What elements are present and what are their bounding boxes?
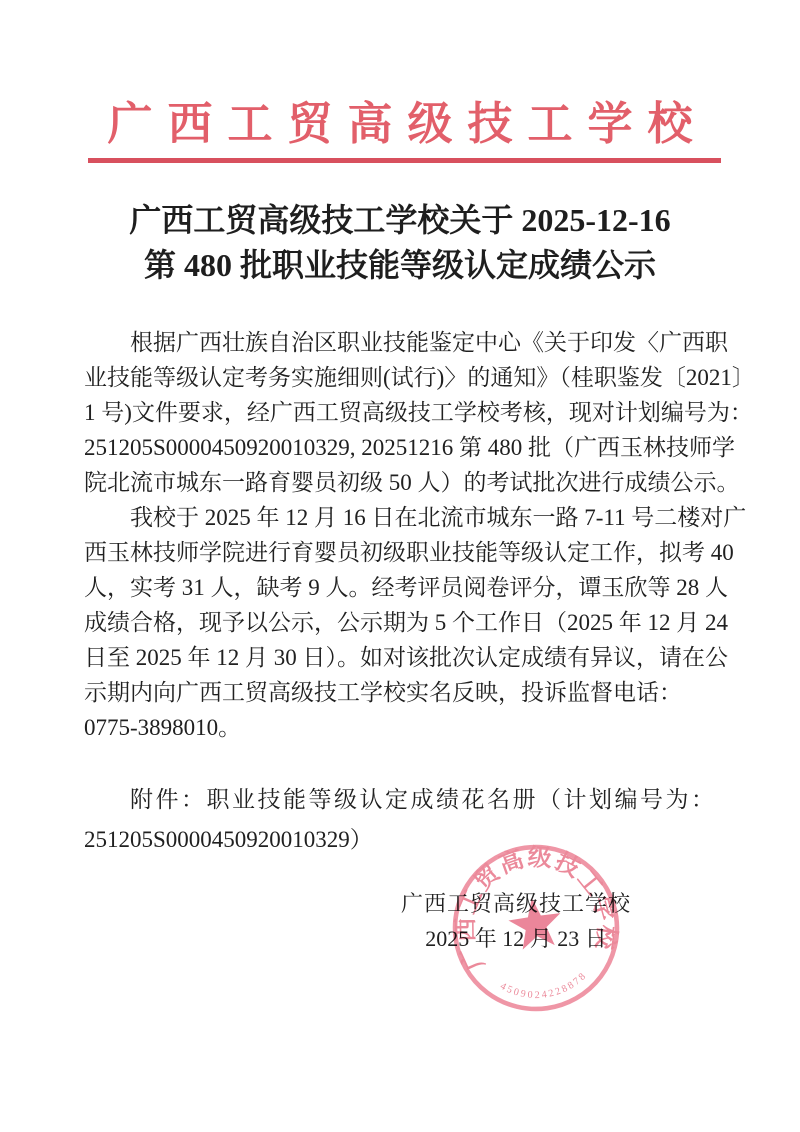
- paragraph-line: 1 号)文件要求，经广西工贸高级技工学校考核，现对计划编号为：: [84, 395, 724, 430]
- paragraph-line: 业技能等级认定考务实施细则(试行)〉的通知》（桂职鉴发〔2021〕: [84, 360, 724, 395]
- notice-title-line2: 第 480 批职业技能等级认定成绩公示: [0, 243, 800, 288]
- paragraph-line: 0775-3898010。: [84, 710, 724, 745]
- masthead-divider: [88, 158, 721, 163]
- seal-code-text: 4509024228878: [497, 969, 592, 1007]
- paragraph-line: 院北流市城东一路育婴员初级 50 人）的考试批次进行成绩公示。: [84, 465, 724, 500]
- signature-block: 广西工贸高级技工学校 2025 年 12 月 23 日: [394, 886, 638, 956]
- attachment-line: 251205S0000450920010329）: [84, 820, 724, 860]
- notice-title-line1: 广西工贸高级技工学校关于 2025-12-16: [0, 198, 800, 243]
- signature-issuer: 广西工贸高级技工学校: [394, 886, 638, 921]
- paragraph-line: 日至 2025 年 12 月 30 日）。如对该批次认定成绩有异议，请在公: [84, 640, 724, 675]
- notice-body: 根据广西壮族自治区职业技能鉴定中心《关于印发〈广西职 业技能等级认定考务实施细则…: [84, 325, 724, 745]
- svg-text:4509024228878: 4509024228878: [497, 969, 592, 1007]
- notice-title: 广西工贸高级技工学校关于 2025-12-16 第 480 批职业技能等级认定成…: [0, 198, 800, 288]
- attachment-line: 附件：职业技能等级认定成绩花名册（计划编号为：: [84, 780, 724, 820]
- paragraph-line: 人，实考 31 人，缺考 9 人。经考评员阅卷评分，谭玉欣等 28 人: [84, 570, 724, 605]
- document-page: 广西工贸高级技工学校 广西工贸高级技工学校关于 2025-12-16 第 480…: [0, 0, 800, 1132]
- attachment-note: 附件：职业技能等级认定成绩花名册（计划编号为： 251205S000045092…: [84, 780, 724, 860]
- paragraph-line: 西玉林技师学院进行育婴员初级职业技能等级认定工作，拟考 40: [84, 535, 724, 570]
- school-name-masthead: 广西工贸高级技工学校: [0, 96, 800, 152]
- paragraph-line: 成绩合格，现予以公示，公示期为 5 个工作日（2025 年 12 月 24: [84, 605, 724, 640]
- paragraph-line: 根据广西壮族自治区职业技能鉴定中心《关于印发〈广西职: [84, 325, 724, 360]
- signature-date: 2025 年 12 月 23 日: [394, 921, 638, 956]
- paragraph-line: 示期内向广西工贸高级技工学校实名反映，投诉监督电话：: [84, 675, 724, 710]
- paragraph-line: 我校于 2025 年 12 月 16 日在北流市城东一路 7-11 号二楼对广: [84, 500, 724, 535]
- paragraph-line: 251205S0000450920010329, 20251216 第 480 …: [84, 430, 724, 465]
